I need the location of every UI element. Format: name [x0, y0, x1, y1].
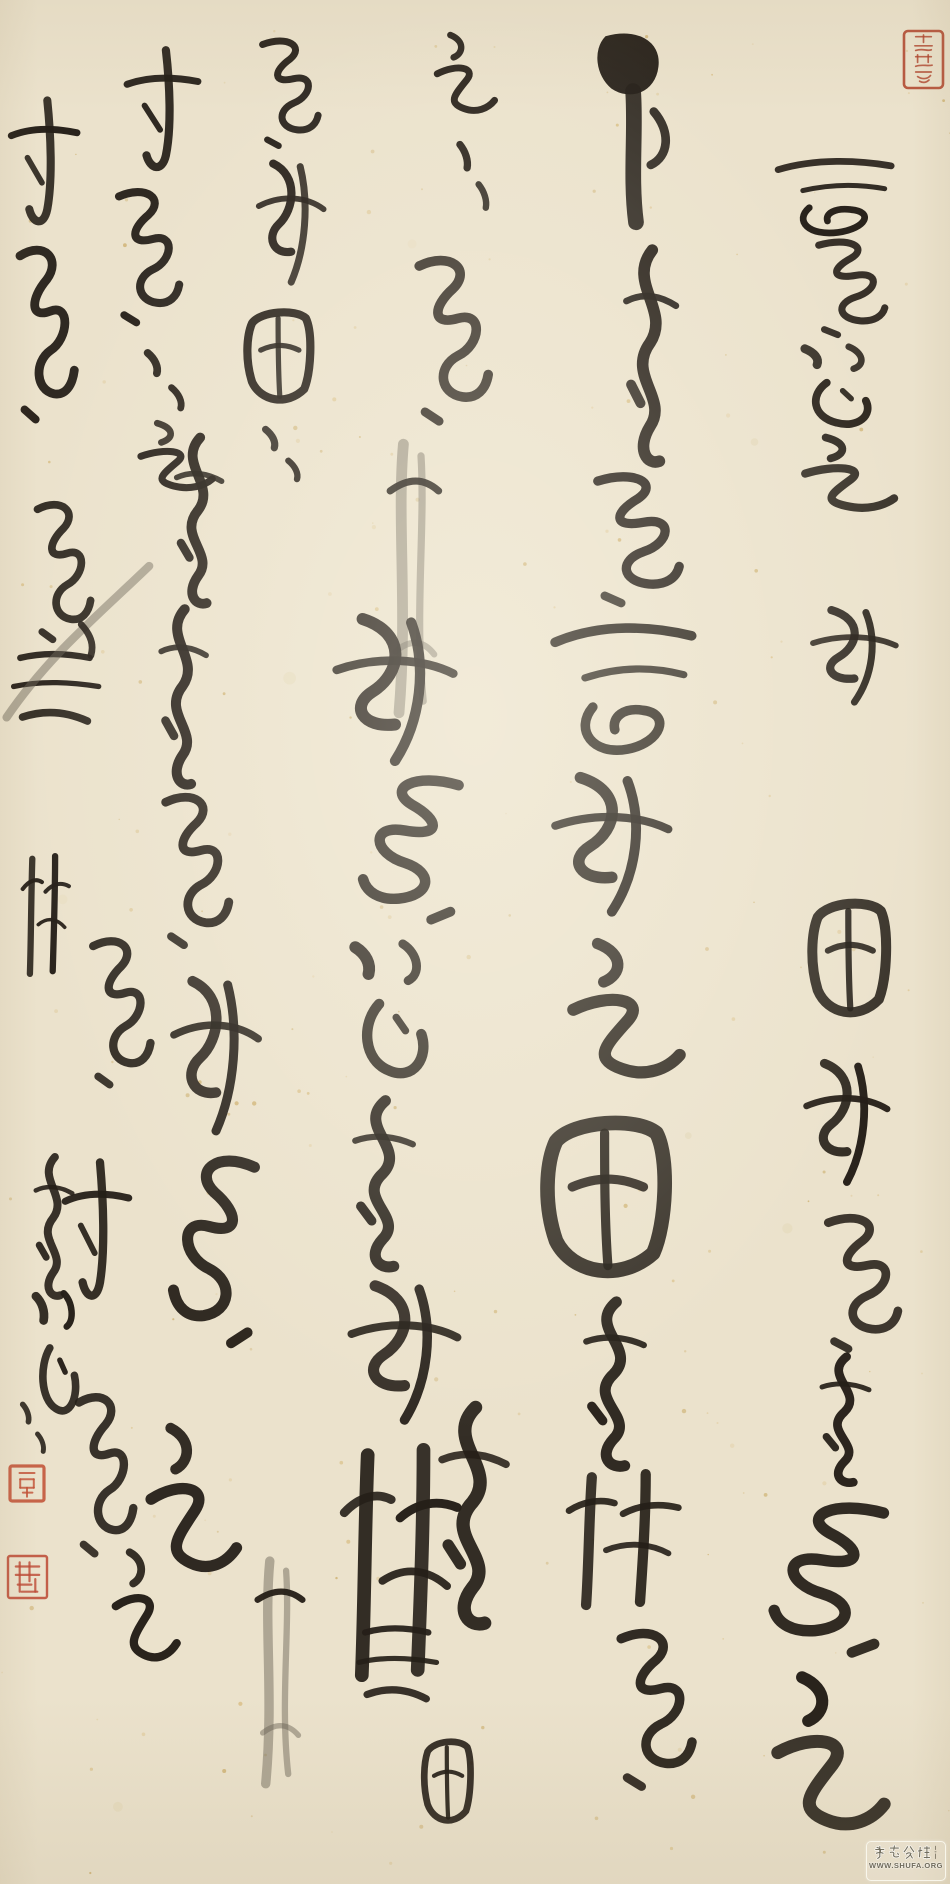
character-cluster	[258, 1561, 303, 1784]
watermark-glyph	[904, 1847, 914, 1859]
character-cluster	[174, 1161, 255, 1343]
character-cluster	[805, 438, 894, 508]
character-cluster	[812, 904, 886, 1013]
character-cluster	[23, 1404, 44, 1451]
ink-stroke-layer	[7, 35, 898, 1824]
character-cluster	[166, 797, 229, 945]
character-cluster	[151, 1428, 236, 1566]
character-cluster	[598, 477, 679, 603]
character-cluster	[177, 438, 222, 604]
character-cluster	[813, 610, 896, 702]
character-cluster	[774, 1508, 883, 1652]
character-cluster	[263, 41, 319, 146]
character-cluster	[352, 1286, 458, 1420]
character-cluster	[7, 566, 150, 717]
character-cluster	[174, 981, 258, 1131]
character-cluster	[161, 609, 206, 784]
watermark-glyph	[876, 1847, 884, 1859]
character-cluster	[337, 619, 454, 761]
character-cluster	[419, 261, 488, 422]
character-cluster	[344, 1450, 457, 1675]
character-cluster	[828, 1218, 898, 1349]
character-cluster	[148, 353, 182, 408]
site-watermark: WWW.SHUFA.ORG	[866, 1841, 946, 1881]
character-cluster	[778, 1677, 884, 1824]
seal-top-right	[904, 31, 943, 88]
character-cluster	[586, 1302, 644, 1466]
character-cluster	[599, 35, 666, 222]
character-cluster	[778, 161, 891, 233]
watermark-site-url: WWW.SHUFA.ORG	[869, 1861, 943, 1870]
character-cluster	[555, 628, 692, 750]
seal-left-upper	[10, 1466, 44, 1501]
watermark-glyph	[890, 1846, 898, 1857]
character-cluster	[807, 1063, 888, 1182]
character-cluster	[266, 429, 298, 479]
character-cluster	[573, 944, 679, 1073]
character-cluster	[116, 1552, 177, 1657]
character-cluster	[36, 1157, 73, 1296]
character-cluster	[822, 1357, 869, 1483]
character-cluster	[626, 250, 676, 462]
character-cluster	[259, 164, 324, 283]
calligraphy-artwork	[0, 0, 950, 1884]
character-cluster	[38, 505, 91, 640]
character-cluster	[442, 1407, 506, 1624]
character-cluster	[79, 1397, 133, 1553]
character-cluster	[437, 35, 494, 110]
character-cluster	[569, 1474, 678, 1605]
character-cluster	[65, 1162, 129, 1295]
character-cluster	[20, 250, 74, 419]
calligraphy-scroll: WWW.SHUFA.ORG	[0, 0, 950, 1884]
character-cluster	[805, 347, 868, 424]
character-cluster	[127, 50, 198, 167]
character-cluster	[23, 856, 69, 974]
character-cluster	[355, 1101, 413, 1267]
watermark-site-name-glyphs	[873, 1844, 931, 1861]
seal-left-lower	[8, 1556, 47, 1598]
character-cluster	[555, 778, 668, 912]
character-cluster	[363, 780, 459, 919]
character-cluster	[819, 242, 885, 335]
character-cluster	[547, 1123, 664, 1271]
character-cluster	[93, 941, 150, 1084]
character-cluster	[621, 1634, 692, 1787]
character-cluster	[119, 192, 179, 323]
character-cluster	[424, 1742, 470, 1821]
character-cluster	[247, 312, 310, 399]
character-cluster	[36, 1293, 76, 1411]
watermark-tick-marks-icon	[932, 1844, 939, 1861]
character-cluster	[355, 944, 423, 1073]
watermark-glyph	[918, 1847, 929, 1858]
character-cluster	[460, 145, 486, 208]
character-cluster	[11, 100, 77, 221]
